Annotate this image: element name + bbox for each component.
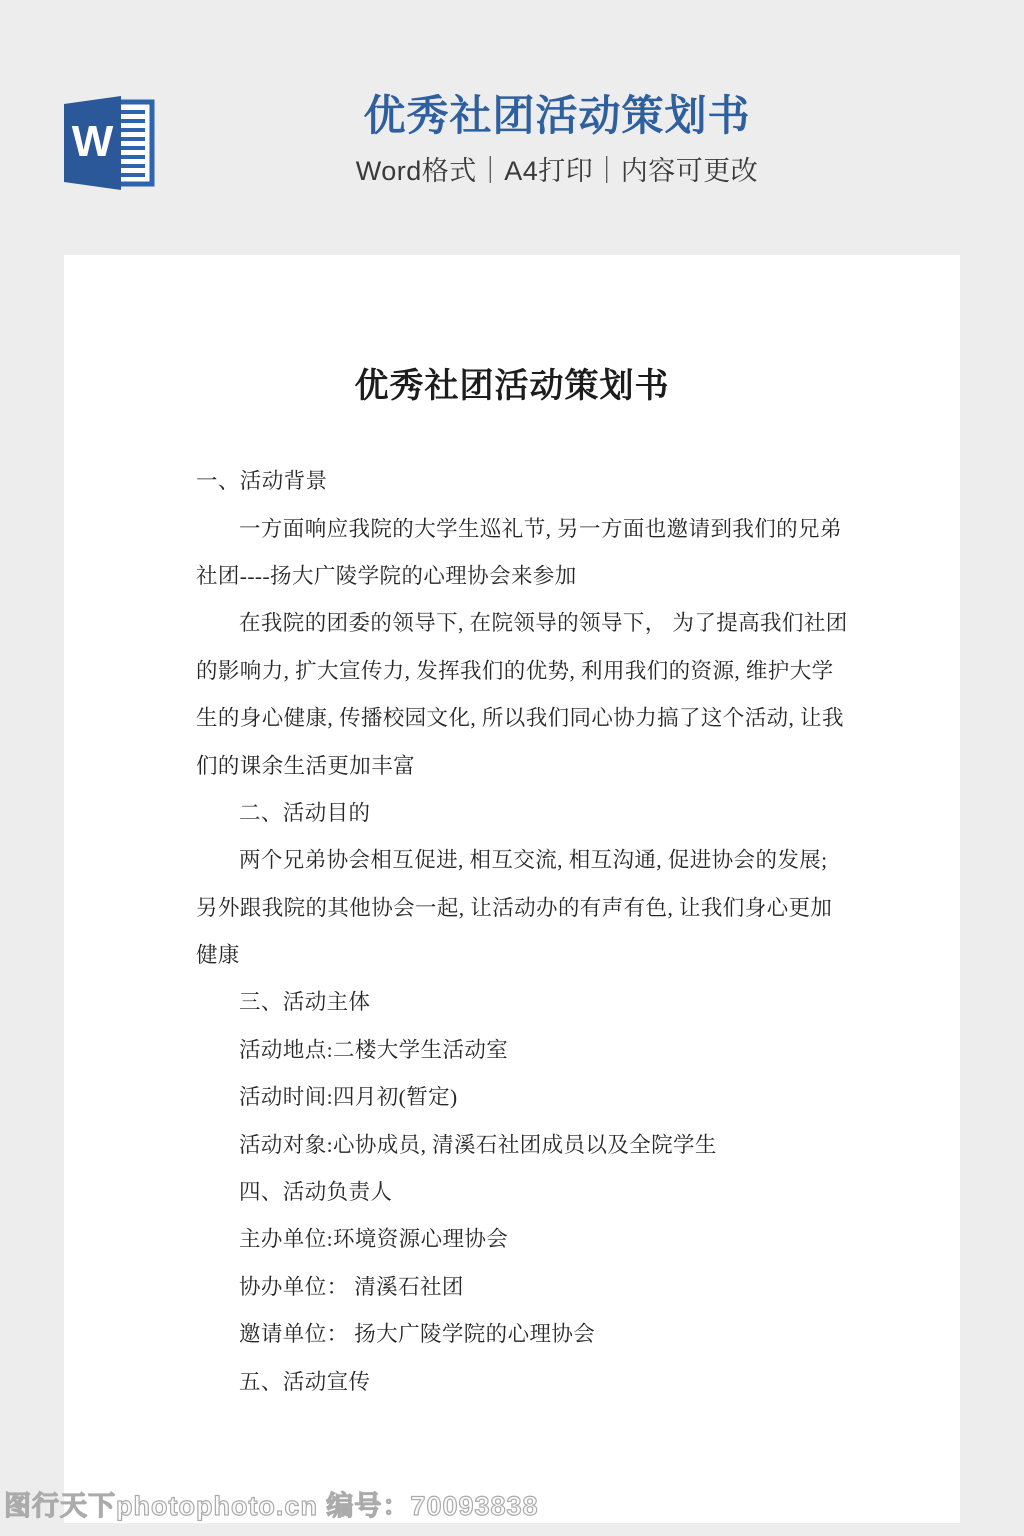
doc-line: 邀请单位： 扬大广陵学院的心理协会 [196,1311,876,1358]
template-title: 优秀社团活动策划书 [356,92,759,140]
document-body: 一、活动背景 一方面响应我院的大学生巡礼节, 另一方面也邀请到我们的兄弟 社团-… [196,458,876,1406]
doc-line: 三、活动主体 [196,979,876,1026]
site-watermark: 图行天下photophoto.cn 编号：70093838 [4,1484,539,1523]
template-subtitle: Word格式｜A4打印｜内容可更改 [356,149,759,188]
preview-header: W 优秀社团活动策划书 Word格式｜A4打印｜内容可更改 [0,0,1024,255]
doc-line: 两个兄弟协会相互促进, 相互交流, 相互沟通, 促进协会的发展; [196,837,876,884]
doc-line: 一方面响应我院的大学生巡礼节, 另一方面也邀请到我们的兄弟 [196,506,876,553]
doc-line: 活动时间:四月初(暂定) [196,1074,876,1121]
doc-line: 另外跟我院的其他协会一起, 让活动办的有声有色, 让我们身心更加 [196,885,876,932]
doc-line: 活动地点:二楼大学生活动室 [196,1027,876,1074]
word-logo-letter: W [64,112,121,172]
word-logo-icon: W [64,94,158,192]
doc-line: 二、活动目的 [196,790,876,837]
doc-line: 社团----扬大广陵学院的心理协会来参加 [196,553,876,600]
doc-line: 健康 [196,932,876,979]
doc-line: 主办单位:环境资源心理协会 [196,1216,876,1263]
doc-line: 一、活动背景 [196,458,876,505]
doc-line: 协办单位： 清溪石社团 [196,1264,876,1311]
doc-line: 活动对象:心协成员, 清溪石社团成员以及全院学生 [196,1122,876,1169]
header-text-block: 优秀社团活动策划书 Word格式｜A4打印｜内容可更改 [356,92,759,188]
document-page: 优秀社团活动策划书 一、活动背景 一方面响应我院的大学生巡礼节, 另一方面也邀请… [64,255,960,1523]
doc-line: 们的课余生活更加丰富 [196,743,876,790]
doc-line: 五、活动宣传 [196,1359,876,1406]
document-title: 优秀社团活动策划书 [64,255,960,409]
doc-line: 四、活动负责人 [196,1169,876,1216]
doc-line: 的影响力, 扩大宣传力, 发挥我们的优势, 利用我们的资源, 维护大学 [196,648,876,695]
doc-line: 在我院的团委的领导下, 在院领导的领导下， 为了提高我们社团 [196,600,876,647]
page-canvas: W 优秀社团活动策划书 Word格式｜A4打印｜内容可更改 优秀社团活动策划书 … [0,0,1024,1536]
doc-line: 生的身心健康, 传播校园文化, 所以我们同心协力搞了这个活动, 让我 [196,695,876,742]
